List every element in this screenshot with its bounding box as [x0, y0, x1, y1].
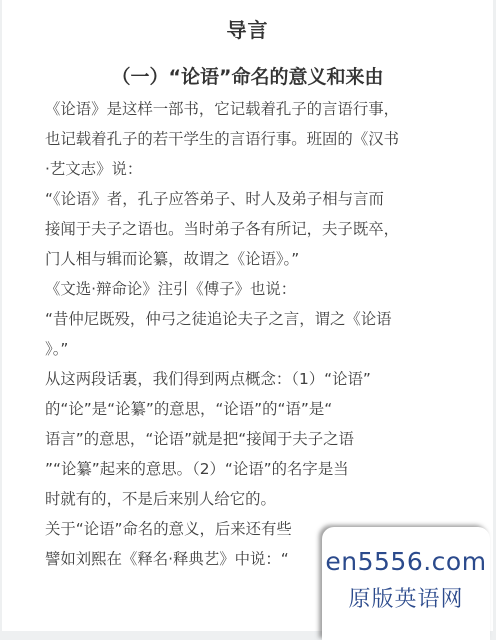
text-line: 从这两段话裏，我们得到两点概念：（1）“论语” — [45, 364, 445, 394]
text-line: ”“论纂”起来的意思。（2）“论语”的名字是当 — [45, 454, 445, 484]
watermark-badge: en5556.com 原版英语网 — [322, 527, 490, 640]
page-title: 导言 — [2, 14, 493, 43]
text-line: 门人相与辑而论纂，故谓之《论语》。” — [45, 244, 445, 274]
text-line: 接闻于夫子之语也。当时弟子各有所记，夫子既卒， — [45, 214, 445, 244]
body-text: 《论语》是这样一部书，它记载着孔子的言语行事， 也记载着孔子的若干学生的言语行事… — [45, 94, 445, 574]
text-line: 的“论”是“论纂”的意思，“论语”的“语”是“ — [45, 394, 445, 424]
text-line: “昔仲尼既殁，仲弓之徒追论夫子之言，谓之《论语 — [45, 304, 445, 334]
text-line: 时就有的，不是后来别人给它的。 — [45, 484, 445, 514]
text-line: 也记载着孔子的若干学生的言语行事。班固的《汉书 — [45, 124, 445, 154]
text-line: “《论语》者，孔子应答弟子、时人及弟子相与言而 — [45, 184, 445, 214]
text-line: ·艺文志》说： — [45, 154, 445, 184]
text-line: 《文选·辩命论》注引《傅子》也说： — [45, 274, 445, 304]
section-heading: （一）“论语”命名的意义和来由 — [2, 62, 493, 89]
text-line: 》。” — [45, 334, 445, 364]
text-line: 《论语》是这样一部书，它记载着孔子的言语行事， — [45, 94, 445, 124]
watermark-site-name: 原版英语网 — [322, 582, 490, 613]
text-line: 语言”的意思，“论语”就是把“接闻于夫子之语 — [45, 424, 445, 454]
watermark-url: en5556.com — [322, 547, 490, 576]
